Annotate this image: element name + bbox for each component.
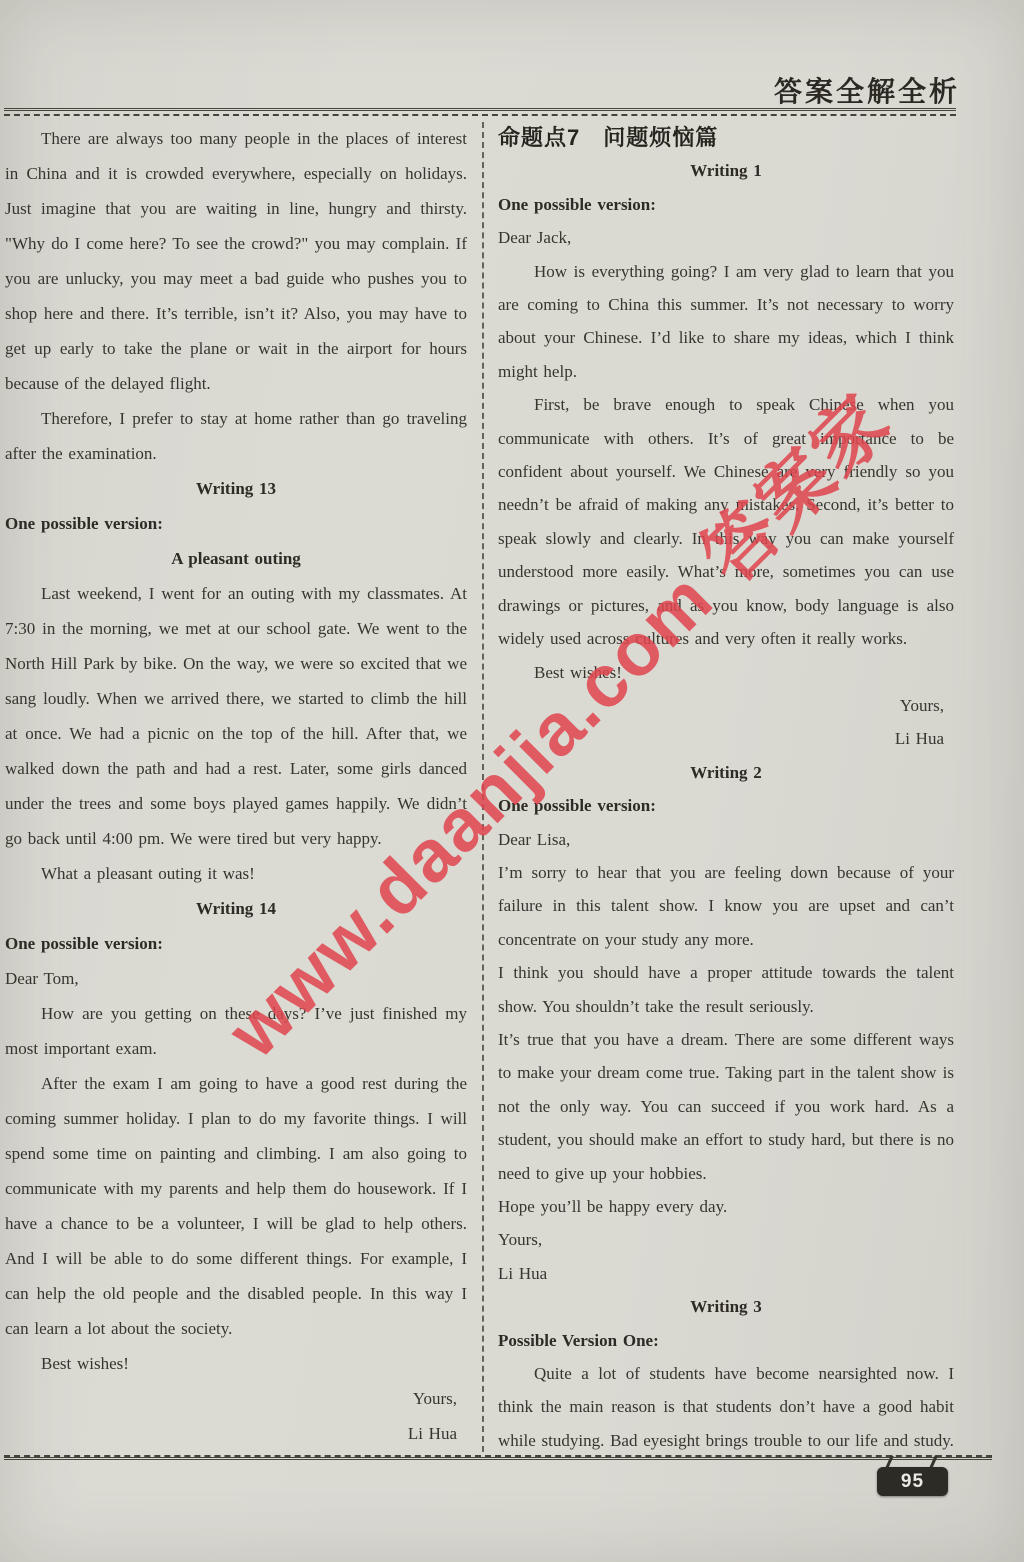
footer-rule bbox=[4, 1452, 992, 1460]
page-header-title: 答案全解全析 bbox=[774, 70, 960, 110]
right-column: 命题点7 问题烦恼篇 Writing 1 One possible versio… bbox=[498, 121, 954, 1457]
letter-closing: Hope you’ll be happy every day. bbox=[498, 1190, 954, 1223]
signature-name: Li Hua bbox=[498, 1257, 954, 1290]
page-number-badge: 95 bbox=[877, 1467, 948, 1496]
essay-paragraph: I’m sorry to hear that you are feeling d… bbox=[498, 856, 954, 956]
writing-heading: Writing 13 bbox=[5, 471, 467, 506]
version-label: One possible version: bbox=[498, 789, 954, 822]
essay-paragraph: There are always too many people in the … bbox=[5, 121, 467, 401]
footer-rule-solid bbox=[4, 1457, 992, 1460]
letter-salutation: Dear Lisa, bbox=[498, 823, 954, 856]
essay-title: A pleasant outing bbox=[5, 541, 467, 576]
signature-name: Li Hua bbox=[5, 1416, 467, 1451]
signature-yours: Yours, bbox=[498, 1223, 954, 1256]
letter-salutation: Dear Jack, bbox=[498, 221, 954, 254]
version-label: Possible Version One: bbox=[498, 1324, 954, 1357]
section-heading: 命题点7 问题烦恼篇 bbox=[498, 121, 954, 154]
writing-heading: Writing 1 bbox=[498, 154, 954, 187]
essay-paragraph: It’s true that you have a dream. There a… bbox=[498, 1023, 954, 1190]
essay-paragraph: Quite a lot of students have become near… bbox=[498, 1357, 954, 1457]
header-rule bbox=[4, 108, 956, 116]
header-rule-solid bbox=[4, 108, 956, 111]
scanned-answer-page: 答案全解全析 There are always too many people … bbox=[0, 0, 1024, 1562]
left-column: There are always too many people in the … bbox=[5, 121, 467, 1451]
letter-closing: Best wishes! bbox=[5, 1346, 467, 1381]
essay-paragraph: How is everything going? I am very glad … bbox=[498, 255, 954, 389]
writing-heading: Writing 3 bbox=[498, 1290, 954, 1323]
essay-paragraph: I think you should have a proper attitud… bbox=[498, 956, 954, 1023]
version-label: One possible version: bbox=[498, 188, 954, 221]
version-label: One possible version: bbox=[5, 506, 467, 541]
header-rule-dashed bbox=[4, 114, 956, 116]
signature-yours: Yours, bbox=[5, 1381, 467, 1416]
essay-paragraph: After the exam I am going to have a good… bbox=[5, 1066, 467, 1346]
essay-paragraph: Therefore, I prefer to stay at home rath… bbox=[5, 401, 467, 471]
